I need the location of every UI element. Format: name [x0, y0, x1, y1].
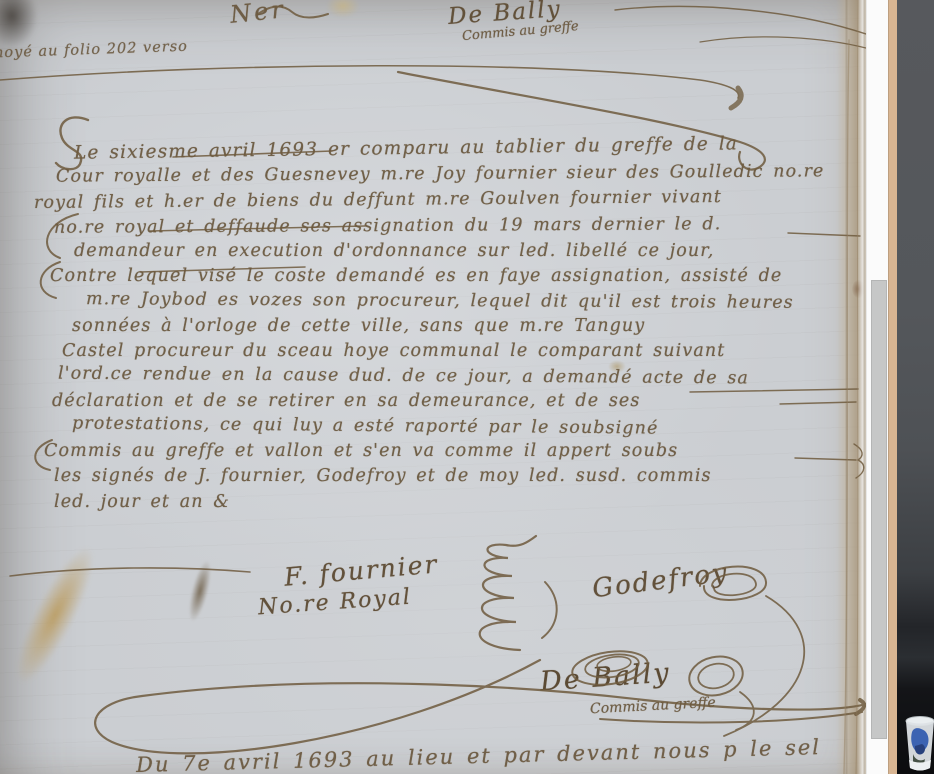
manuscript-line: led. jour et an &: [54, 492, 230, 512]
brown-diagonal-stain: [4, 540, 106, 691]
manuscript-line: royal fils et h.er de biens du deffunt m…: [34, 187, 722, 213]
next-entry-opening: Du 7e avril 1693 au lieu et par devant n…: [136, 735, 821, 774]
manuscript-line: demandeur en execution d'ordonnance sur …: [74, 241, 714, 261]
signature-fournier-title: No.re Royal: [257, 585, 412, 621]
manuscript-line: Castel procureur du sceau hoye communal …: [62, 341, 725, 361]
manuscript-line: no.re royal et deffaude ses assignation …: [54, 214, 721, 237]
yellow-top-stain: [326, 0, 360, 18]
manuscript-line: sonnées à l'orloge de cette ville, sans …: [72, 316, 645, 336]
manuscript-page: noyé au folio 202 verso Ner De Bally Com…: [0, 0, 866, 774]
manuscript-line: Contre lequel visé le coste demandé es e…: [50, 266, 782, 286]
corner-shadow-stain: [0, 0, 38, 48]
signature-deball: De Bally: [539, 657, 672, 697]
background-photo-panel: [897, 0, 934, 774]
paper-cup-photo: [905, 716, 934, 774]
vertical-scrollbar-thumb[interactable]: [871, 280, 887, 739]
signature-deball-title: Commis au greffe: [590, 695, 716, 718]
archival-scan-view: noyé au folio 202 verso Ner De Bally Com…: [0, 0, 934, 774]
margin-note: noyé au folio 202 verso: [0, 39, 188, 62]
manuscript-line: m.re Joybod es vozes son procureur, lequ…: [86, 289, 794, 313]
vertical-scrollbar-track[interactable]: [866, 0, 889, 774]
page-right-edge: [836, 0, 866, 774]
manuscript-line: déclaration et de se retirer en sa demeu…: [52, 391, 640, 411]
top-paraph: Ner: [229, 0, 287, 29]
manuscript-line: protestations, ce qui luy a esté raporté…: [72, 413, 659, 438]
manuscript-line: Le sixiesme avril 1693 er comparu au tab…: [74, 133, 738, 163]
manuscript-line: Commis au greffe et vallon et s'en va co…: [44, 441, 678, 461]
dark-drip-stain: [185, 559, 216, 623]
manuscript-line: l'ord.ce rendue en la cause dud. de ce j…: [58, 364, 749, 389]
manuscript-line: Cour royalle et des Guesnevey m.re Joy f…: [56, 161, 825, 186]
signature-fournier: F. fournier: [283, 549, 439, 591]
manuscript-line: les signés de J. fournier, Godefroy et d…: [54, 466, 712, 486]
signature-godefroy: Godefroy: [591, 558, 730, 604]
